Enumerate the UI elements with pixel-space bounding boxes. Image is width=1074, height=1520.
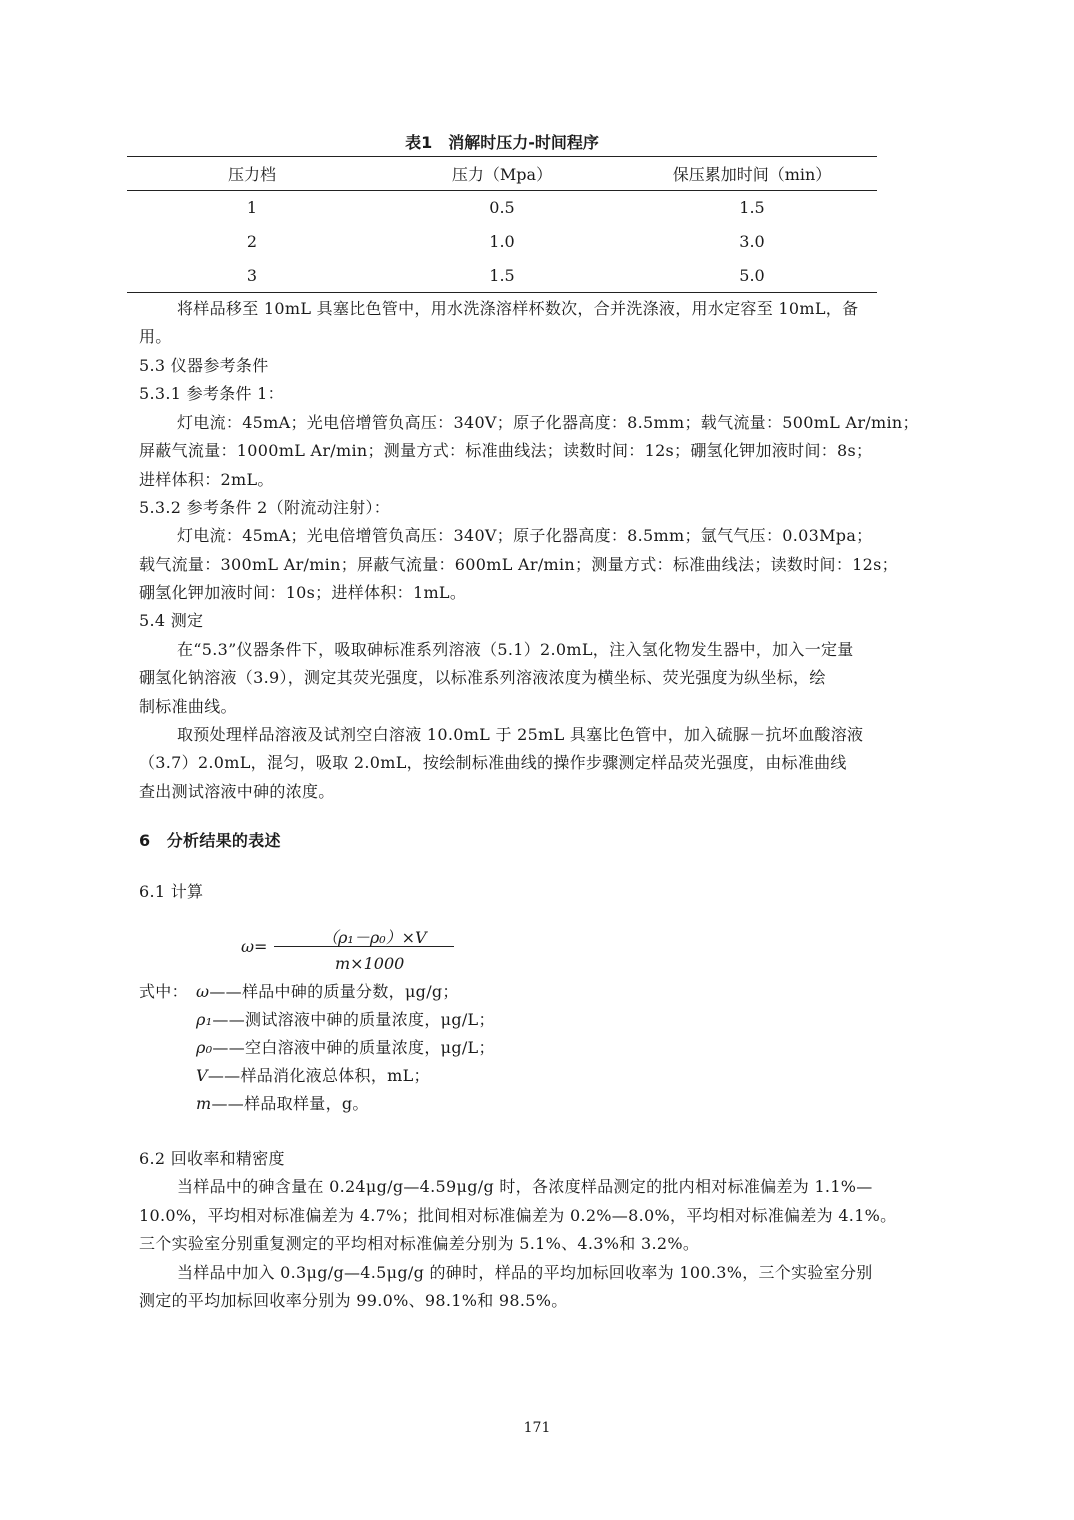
formula-denominator: m×1000 bbox=[335, 954, 404, 973]
symbol: m bbox=[196, 1094, 211, 1113]
definition-item: ρ₁——测试溶液中砷的质量浓度，μg/L； bbox=[196, 1010, 495, 1030]
table-cell: 1.0 bbox=[377, 225, 627, 259]
table-cell: 5.0 bbox=[627, 259, 877, 293]
section-heading-6-2: 6.2 回收率和精密度 bbox=[139, 1149, 285, 1169]
table-row: 1 0.5 1.5 bbox=[127, 191, 877, 225]
document-page: 表1 消解时压力-时间程序 压力档 压力（Mpa） 保压累加时间（min） 1 … bbox=[0, 0, 1074, 1520]
paragraph-line: 当样品中的砷含量在 0.24μg/g—4.59μg/g 时，各浓度样品测定的批内… bbox=[177, 1177, 873, 1197]
page-number: 171 bbox=[0, 1420, 1074, 1436]
paragraph-line: 硼氢化钾加液时间：10s；进样体积：1mL。 bbox=[139, 583, 466, 603]
paragraph-line: 载气流量：300mL Ar/min；屏蔽气流量：600mL Ar/min；测量方… bbox=[139, 555, 898, 575]
definition-text: ——空白溶液中砷的质量浓度，μg/L； bbox=[212, 1038, 494, 1057]
paragraph-line: 10.0%，平均相对标准偏差为 4.7%；批间相对标准偏差为 0.2%—8.0%… bbox=[139, 1206, 896, 1226]
definition-item: m——样品取样量，g。 bbox=[196, 1094, 369, 1114]
paragraph-line: 测定的平均加标回收率分别为 99.0%、98.1%和 98.5%。 bbox=[139, 1291, 568, 1311]
header-pressure: 压力（Mpa） bbox=[377, 157, 627, 191]
table-row: 3 1.5 5.0 bbox=[127, 259, 877, 293]
header-pressure-level: 压力档 bbox=[127, 157, 377, 191]
section-heading-6: 6 分析结果的表述 bbox=[139, 831, 281, 851]
header-hold-time: 保压累加时间（min） bbox=[627, 157, 877, 191]
formula-numerator: （ρ₁－ρ₀）×V bbox=[322, 925, 427, 948]
pressure-time-table: 压力档 压力（Mpa） 保压累加时间（min） 1 0.5 1.5 2 1.0 … bbox=[127, 156, 877, 293]
paragraph-line: 制标准曲线。 bbox=[139, 697, 237, 717]
formula-lhs: ω= bbox=[241, 937, 267, 956]
paragraph-line: 当样品中加入 0.3μg/g—4.5μg/g 的砷时，样品的平均加标回收率为 1… bbox=[177, 1263, 873, 1283]
paragraph-line: 灯电流：45mA；光电倍增管负高压：340V；原子化器高度：8.5mm；氩气气压… bbox=[177, 526, 872, 546]
paragraph-line: 进样体积：2mL。 bbox=[139, 470, 274, 490]
paragraph-line: 将样品移至 10mL 具塞比色管中，用水洗涤溶样杯数次，合并洗涤液，用水定容至 … bbox=[177, 299, 858, 319]
paragraph-line: 三个实验室分别重复测定的平均相对标准偏差分别为 5.1%、4.3%和 3.2%。 bbox=[139, 1234, 699, 1254]
paragraph-line: 查出测试溶液中砷的浓度。 bbox=[139, 782, 335, 802]
section-heading-5-3: 5.3 仪器参考条件 bbox=[139, 356, 269, 376]
paragraph-line: 取预处理样品溶液及试剂空白溶液 10.0mL 于 25mL 具塞比色管中，加入硫… bbox=[177, 725, 863, 745]
table-header-row: 压力档 压力（Mpa） 保压累加时间（min） bbox=[127, 157, 877, 191]
symbol: ρ₀ bbox=[196, 1038, 212, 1057]
fraction-bar bbox=[274, 946, 454, 947]
table-cell: 2 bbox=[127, 225, 377, 259]
where-prefix: 式中： bbox=[139, 982, 188, 1002]
section-heading-5-3-2: 5.3.2 参考条件 2（附流动注射）： bbox=[139, 498, 390, 518]
definition-text: ——样品取样量，g。 bbox=[211, 1094, 368, 1113]
table-cell: 3.0 bbox=[627, 225, 877, 259]
definition-text: ——样品中砷的质量分数，μg/g； bbox=[209, 982, 458, 1001]
symbol: ω bbox=[196, 982, 209, 1001]
symbol: ρ₁ bbox=[196, 1010, 212, 1029]
paragraph-line: 用。 bbox=[139, 327, 172, 347]
section-heading-6-1: 6.1 计算 bbox=[139, 882, 203, 902]
paragraph-line: 屏蔽气流量：1000mL Ar/min；测量方式：标准曲线法；读数时间：12s；… bbox=[139, 441, 872, 461]
table-cell: 3 bbox=[127, 259, 377, 293]
definition-item: ρ₀——空白溶液中砷的质量浓度，μg/L； bbox=[196, 1038, 495, 1058]
table-caption: 表1 消解时压力-时间程序 bbox=[127, 133, 877, 153]
table-cell: 1.5 bbox=[377, 259, 627, 293]
paragraph-line: 硼氢化钠溶液（3.9），测定其荧光强度，以标准系列溶液浓度为横坐标、荧光强度为纵… bbox=[139, 668, 826, 688]
table-cell: 1 bbox=[127, 191, 377, 225]
section-heading-5-3-1: 5.3.1 参考条件 1： bbox=[139, 384, 284, 404]
section-heading-5-4: 5.4 测定 bbox=[139, 611, 203, 631]
definition-item: ω——样品中砷的质量分数，μg/g； bbox=[196, 982, 459, 1002]
symbol: V bbox=[196, 1066, 208, 1085]
paragraph-line: （3.7）2.0mL，混匀，吸取 2.0mL，按绘制标准曲线的操作步骤测定样品荧… bbox=[139, 753, 847, 773]
paragraph-line: 在“5.3”仪器条件下，吸取砷标准系列溶液（5.1）2.0mL，注入氢化物发生器… bbox=[177, 640, 854, 660]
table-cell: 0.5 bbox=[377, 191, 627, 225]
definition-text: ——样品消化液总体积，mL； bbox=[208, 1066, 430, 1085]
table-row: 2 1.0 3.0 bbox=[127, 225, 877, 259]
paragraph-line: 灯电流：45mA；光电倍增管负高压：340V；原子化器高度：8.5mm；载气流量… bbox=[177, 413, 919, 433]
table-cell: 1.5 bbox=[627, 191, 877, 225]
definition-text: ——测试溶液中砷的质量浓度，μg/L； bbox=[212, 1010, 494, 1029]
definition-item: V——样品消化液总体积，mL； bbox=[196, 1066, 430, 1086]
